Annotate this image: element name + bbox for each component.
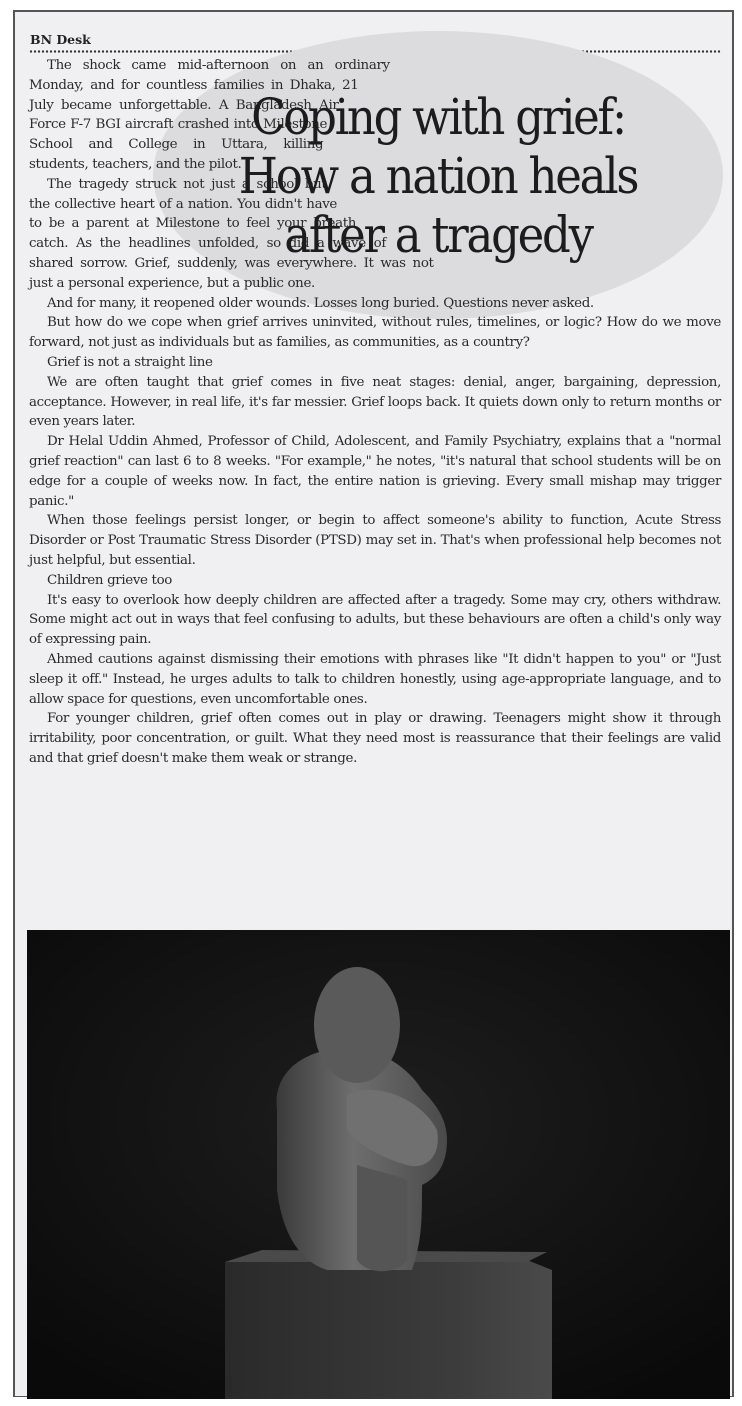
headline-line: Coping with grief: [182, 88, 695, 147]
subheading: Grief is not a straight line [29, 353, 721, 373]
paragraph: It's easy to overlook how deeply childre… [29, 591, 721, 650]
paragraph: For younger children, grief often comes … [29, 709, 721, 768]
headline: Coping with grief: How a nation heals af… [182, 88, 695, 265]
paragraph: Dr Helal Uddin Ahmed, Professor of Child… [29, 432, 721, 511]
paragraph: And for many, it reopened older wounds. … [29, 294, 721, 314]
paragraph: But how do we cope when grief arrives un… [29, 313, 721, 353]
paragraph: Ahmed cautions against dismissing their … [29, 650, 721, 709]
paragraph: When those feelings persist longer, or b… [29, 511, 721, 570]
headline-line: How a nation heals [182, 147, 695, 206]
sculpture-image-icon [27, 930, 730, 1399]
sculpture-photo [27, 930, 730, 1399]
headline-line: after a tragedy [182, 206, 695, 265]
byline: BN Desk [30, 32, 91, 47]
subheading: Children grieve too [29, 571, 721, 591]
article-frame: BN Desk The shock came mid-afternoon on … [13, 10, 734, 1397]
paragraph: We are often taught that grief comes in … [29, 373, 721, 432]
